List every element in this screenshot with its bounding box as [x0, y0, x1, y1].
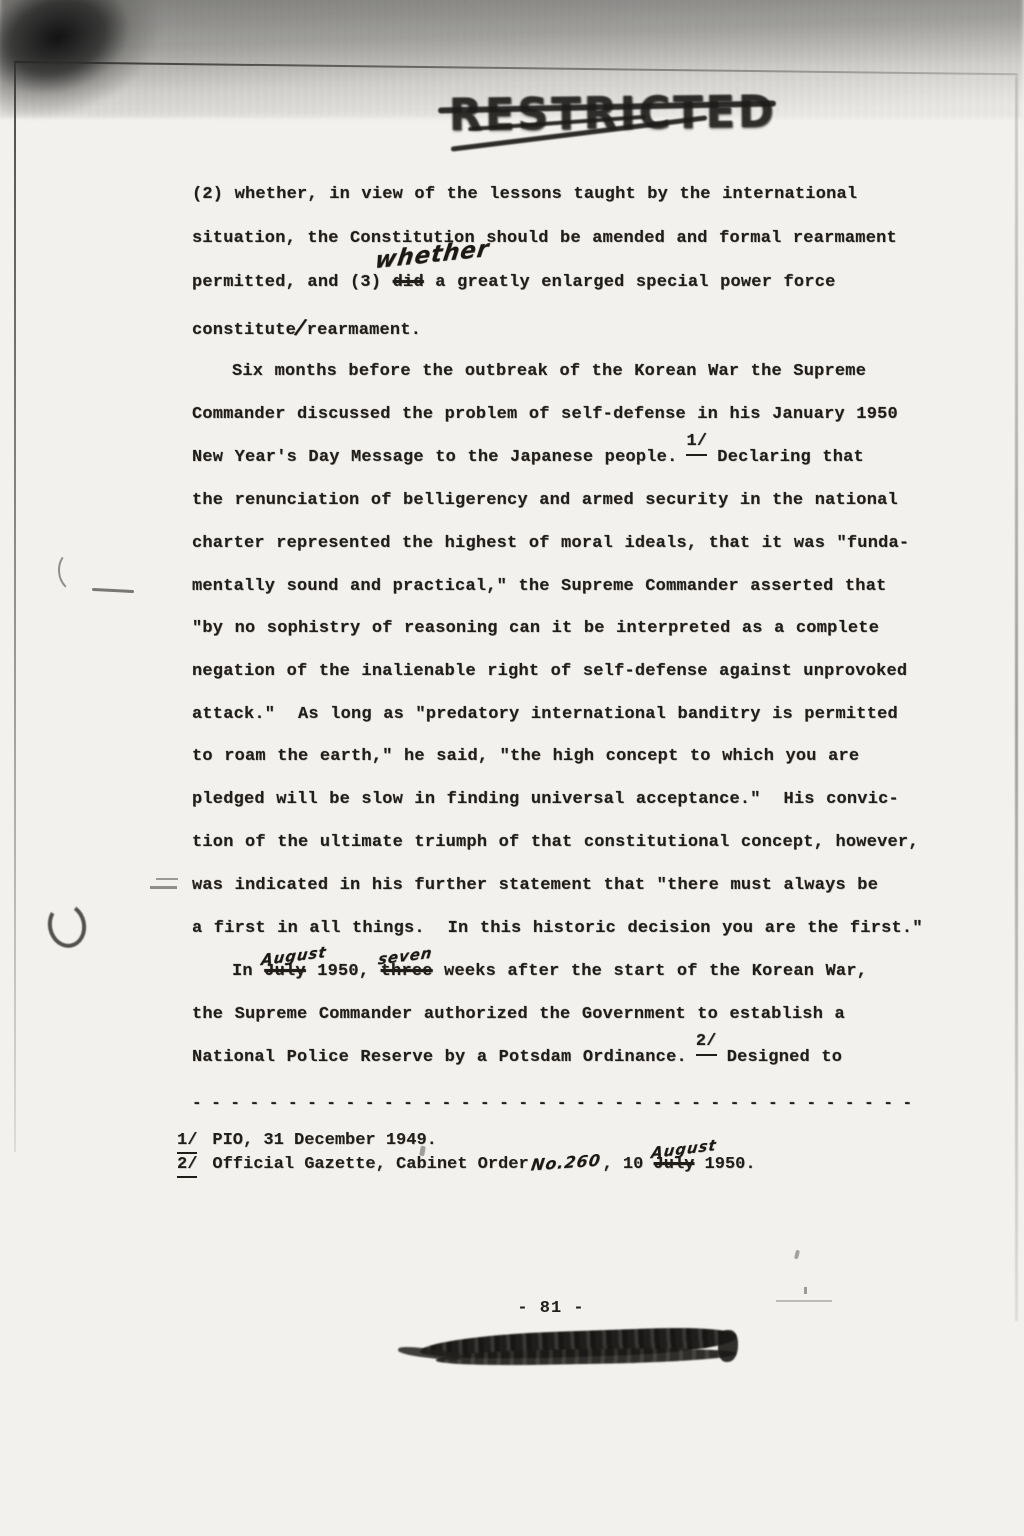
footnote: 2/Official Gazette, Cabinet OrderNo.260,… — [177, 1152, 756, 1178]
text-line: attack." As long as "predatory internati… — [192, 703, 898, 727]
footnote-marker: 1/ — [177, 1130, 197, 1154]
text-line: "by no sophistry of reasoning can it be … — [192, 617, 879, 641]
margin-dash-mark — [150, 886, 177, 889]
footnote: 1/PIO, 31 December 1949. — [177, 1130, 437, 1154]
footnote-marker: 2/ — [177, 1154, 197, 1178]
page-frame-right-line — [1015, 76, 1018, 1321]
pencil-paren-mark — [56, 548, 94, 593]
scan-corner-shadow — [0, 0, 184, 144]
text-line: mentally sound and practical," the Supre… — [192, 575, 887, 599]
footnote-text: PIO, 31 December 1949. — [212, 1131, 436, 1150]
text-line: In JulyAugust 1950, threeseven weeks aft… — [232, 960, 867, 984]
text-line: the Supreme Commander authorized the Gov… — [192, 1003, 845, 1027]
punch-mark — [44, 900, 91, 952]
text-line: charter represented the highest of moral… — [192, 532, 909, 556]
correction: JulyAugust — [654, 1154, 695, 1176]
text-line: a first in all things. In this historic … — [192, 917, 923, 941]
scan-artifact — [794, 1250, 800, 1260]
text-segment: permitted, and (3) — [192, 273, 393, 292]
text-line: pledged will be slow in finding universa… — [192, 788, 899, 812]
obliterated-stamp — [718, 1330, 738, 1362]
text-line: negation of the inalienable right of sel… — [192, 660, 907, 684]
footnote-ref-1: 1/ — [686, 430, 707, 456]
text-segment: a greatly enlarged special power force — [424, 273, 836, 292]
footnote-text: Official Gazette, Cabinet Order — [212, 1155, 528, 1174]
text-segment: constitute — [192, 321, 296, 340]
strikethrough-word: did — [393, 273, 424, 292]
scanned-document-page: RESTRICTED (2) whether, in view of the l… — [0, 0, 1024, 1536]
text-line: tion of the ultimate triumph of that con… — [192, 831, 919, 855]
text-segment: Designed to — [727, 1048, 842, 1067]
correction: threeseven — [381, 960, 433, 984]
page-frame-left-line — [14, 62, 16, 1152]
text-line: (2) whether, in view of the lessons taug… — [192, 183, 857, 207]
separator-line: - - - - - - - - - - - - - - - - - - - - … — [192, 1091, 912, 1115]
text-segment: weeks after the start of the Korean War, — [433, 962, 867, 981]
scan-artifact — [804, 1287, 807, 1294]
text-line: constitute/rearmament. — [192, 315, 421, 343]
text-line: to roam the earth," he said, "the high c… — [192, 745, 859, 769]
handwritten-slash: / — [295, 315, 307, 340]
text-line: National Police Reserve by a Potsdam Ord… — [192, 1046, 842, 1072]
footnote-text: , 10 — [603, 1155, 654, 1174]
footnote-ref-2: 2/ — [696, 1030, 717, 1056]
correction: JulyAugust — [264, 960, 306, 984]
text-segment: Declaring that — [717, 448, 864, 467]
footnote-text: 1950. — [694, 1155, 755, 1174]
text-line: Six months before the outbreak of the Ko… — [232, 360, 866, 384]
text-line: the renunciation of belligerency and arm… — [192, 489, 898, 513]
page-number: - 81 - — [486, 1299, 616, 1318]
text-line: situation, the Constitution should be am… — [192, 227, 897, 251]
pencil-dash-mark — [92, 588, 134, 593]
margin-dash-mark — [156, 878, 178, 880]
text-line: Commander discussed the problem of self-… — [192, 403, 898, 427]
text-segment: National Police Reserve by a Potsdam Ord… — [192, 1048, 687, 1067]
text-line: New Year's Day Message to the Japanese p… — [192, 446, 864, 472]
handwritten-insertion: No.260 — [529, 1149, 602, 1176]
text-segment: New Year's Day Message to the Japanese p… — [192, 448, 677, 467]
text-line: was indicated in his further statement t… — [192, 874, 878, 898]
text-segment: rearmament. — [307, 321, 421, 340]
scan-artifact — [776, 1300, 832, 1302]
text-line: permitted, and (3) didwhether a greatly … — [192, 271, 836, 295]
